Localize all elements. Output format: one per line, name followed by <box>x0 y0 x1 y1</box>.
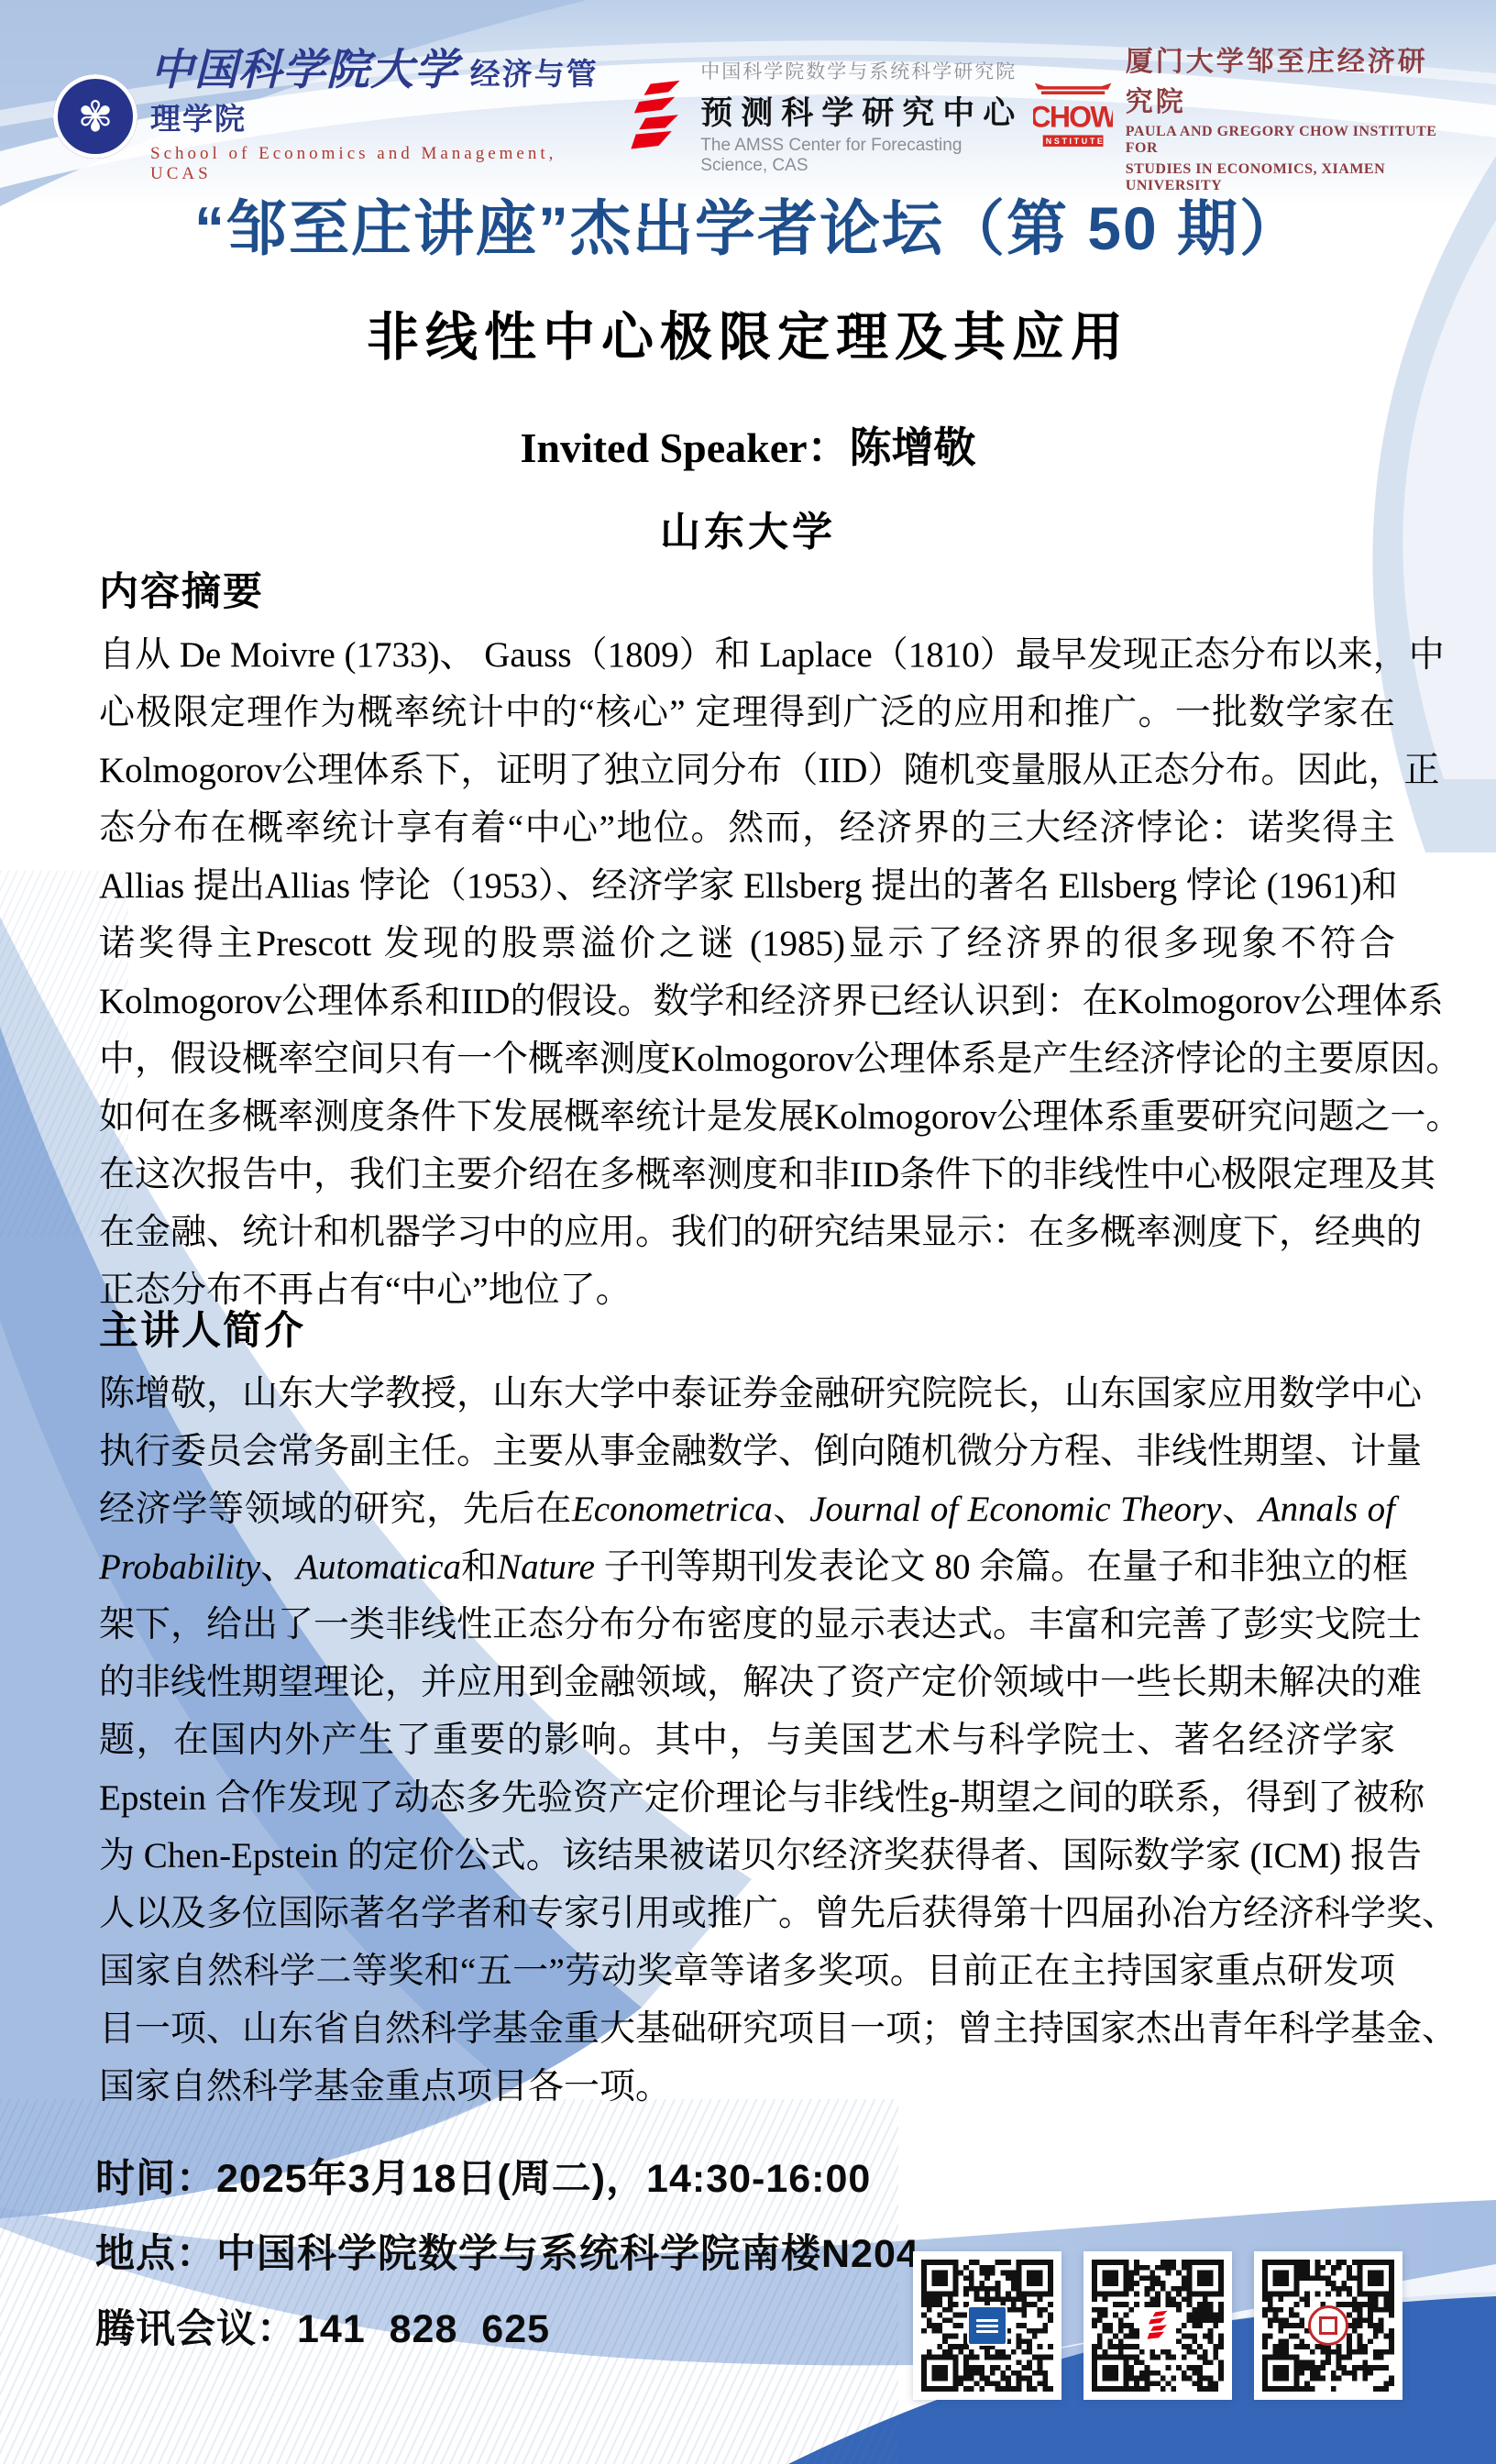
ucas-name: 中国科学院大学 经济与管理学院 <box>150 49 626 139</box>
text-line: Allias 提出Allias 悖论（1953）、经济学家 Ellsberg 提… <box>99 857 1395 915</box>
svg-text:CHOW: CHOW <box>1033 101 1113 134</box>
lecture-poster: ✾ 中国科学院大学 经济与管理学院 School of Economics an… <box>0 0 1496 2464</box>
text-line: 为 Chen-Epstein 的定价公式。该结果被诺贝尔经济奖获得者、国际数学家… <box>99 1827 1395 1885</box>
event-info: 时间：2025年3月18日(周二)，14:30-16:00 地点：中国科学院数学… <box>95 2141 919 2367</box>
text-line: 态分布在概率统计享有着“中心”地位。然而，经济界的三大经济悖论：诺奖得主 <box>99 799 1395 857</box>
forum-title: “邹至庄讲座”杰出学者论坛（第 50 期） <box>0 180 1496 267</box>
logo-chow-institute: CHOW INSTITUTE 厦门大学邹至庄经济研究院 PAULA AND GR… <box>1033 38 1448 194</box>
text-line: 目一项、山东省自然科学基金重大基础研究项目一项；曾主持国家杰出青年科学基金、 <box>99 2000 1395 2058</box>
ucas-sem-badge-icon <box>967 2305 1007 2346</box>
logo-ucas-sem: ✾ 中国科学院大学 经济与管理学院 School of Economics an… <box>53 49 626 185</box>
event-time: 时间：2025年3月18日(周二)，14:30-16:00 <box>95 2141 919 2216</box>
bio-section: 主讲人简介 陈增敬，山东大学教授，山东大学中泰证券金融研究院院长，山东国家应用数… <box>99 1300 1395 2116</box>
invited-speaker: Invited Speaker：陈增敬 <box>0 414 1496 475</box>
abstract-section: 内容摘要 自从 De Moivre (1733)、 Gauss（1809）和 L… <box>99 561 1395 1319</box>
chow-seal-icon <box>1308 2305 1348 2346</box>
text-line: Epstein 合作发现了动态多先验资产定价理论与非线性g-期望之间的联系，得到… <box>99 1769 1395 1827</box>
qr-code-row <box>913 2251 1402 2400</box>
svg-text:INSTITUTE: INSTITUTE <box>1040 137 1105 146</box>
amss-center-name: 预测科学研究中心 <box>700 88 1032 134</box>
chow-name-cn: 厦门大学邹至庄经济研究院 <box>1126 38 1448 119</box>
event-venue: 地点：中国科学院数学与系统科学院南楼N204 <box>95 2216 919 2292</box>
text-line: 国家自然科学基金重点项目各一项。 <box>99 2058 1395 2116</box>
text-line: 题，在国内外产生了重要的影响。其中，与美国艺术与科学院士、著名经济学家 <box>99 1711 1395 1769</box>
text-line: Probability、Automatica和Nature 子刊等期刊发表论文 … <box>99 1538 1395 1596</box>
text-line: 经济学等领域的研究，先后在Econometrica、Journal of Eco… <box>99 1480 1395 1538</box>
ucas-name-en: School of Economics and Management, UCAS <box>150 144 626 184</box>
event-meeting-id: 腾讯会议：141 828 625 <box>95 2292 919 2367</box>
amss-logo-icon <box>626 74 687 159</box>
text-line: 执行委员会常务副主任。主要从事金融数学、倒向随机微分方程、非线性期望、计量 <box>99 1423 1395 1480</box>
text-line: 国家自然科学二等奖和“五一”劳动奖章等诸多奖项。目前正在主持国家重点研发项 <box>99 1942 1395 2000</box>
text-line: Kolmogorov公理体系下，证明了独立同分布（IID）随机变量服从正态分布。… <box>99 742 1395 799</box>
text-line: 在金融、统计和机器学习中的应用。我们的研究结果显示：在多概率测度下，经典的 <box>99 1204 1395 1261</box>
text-line: 诺奖得主Prescott 发现的股票溢价之谜 (1985)显示了经济界的很多现象… <box>99 915 1395 973</box>
amss-name-en: The AMSS Center for Forecasting Science,… <box>700 136 1032 176</box>
chow-name-en1: PAULA AND GREGORY CHOW INSTITUTE FOR <box>1126 124 1448 157</box>
text-line: 的非线性期望理论，并应用到金融领域，解决了资产定价领域中一些长期未解决的难 <box>99 1654 1395 1711</box>
text-line: 如何在多概率测度条件下发展概率统计是发展Kolmogorov公理体系重要研究问题… <box>99 1088 1395 1146</box>
bio-text: 陈增敬，山东大学教授，山东大学中泰证券金融研究院院长，山东国家应用数学中心执行委… <box>99 1365 1395 2116</box>
logo-forecasting-center: 中国科学院数学与系统科学研究院 预测科学研究中心 The AMSS Center… <box>626 57 1033 176</box>
text-line: 心极限定理作为概率统计中的“核心” 定理得到广泛的应用和推广。一批数学家在 <box>99 684 1395 742</box>
lecture-title: 非线性中心极限定理及其应用 <box>0 295 1496 370</box>
qr-chow-institute <box>1254 2251 1402 2400</box>
bio-heading: 主讲人简介 <box>99 1300 1395 1356</box>
text-line: 陈增敬，山东大学教授，山东大学中泰证券金融研究院院长，山东国家应用数学中心 <box>99 1365 1395 1423</box>
abstract-text: 自从 De Moivre (1733)、 Gauss（1809）和 Laplac… <box>99 626 1395 1319</box>
speaker-affiliation: 山东大学 <box>0 499 1496 557</box>
chow-emblem-icon: CHOW INSTITUTE <box>1033 71 1113 161</box>
text-line: 自从 De Moivre (1733)、 Gauss（1809）和 Laplac… <box>99 626 1395 684</box>
header-logos: ✾ 中国科学院大学 经济与管理学院 School of Economics an… <box>53 48 1448 185</box>
text-line: 在这次报告中，我们主要介绍在多概率测度和非IID条件下的非线性中心极限定理及其 <box>99 1146 1395 1204</box>
text-line: Kolmogorov公理体系和IID的假设。数学和经济界已经认识到：在Kolmo… <box>99 973 1395 1030</box>
abstract-heading: 内容摘要 <box>99 561 1395 617</box>
ucas-emblem-icon: ✾ <box>53 74 137 159</box>
qr-ucas-sem <box>913 2251 1061 2400</box>
forecasting-center-logo-icon <box>1139 2307 1176 2344</box>
text-line: 人以及多位国际著名学者和专家引用或推广。曾先后获得第十四届孙冶方经济科学奖、 <box>99 1885 1395 1942</box>
amss-org-name: 中国科学院数学与系统科学研究院 <box>700 57 1032 84</box>
text-line: 中，假设概率空间只有一个概率测度Kolmogorov公理体系是产生经济悖论的主要… <box>99 1030 1395 1088</box>
text-line: 架下，给出了一类非线性正态分布分布密度的显示表达式。丰富和完善了彭实戈院士 <box>99 1596 1395 1654</box>
ucas-university-name: 中国科学院大学 <box>150 47 458 94</box>
qr-forecasting-center <box>1083 2251 1232 2400</box>
